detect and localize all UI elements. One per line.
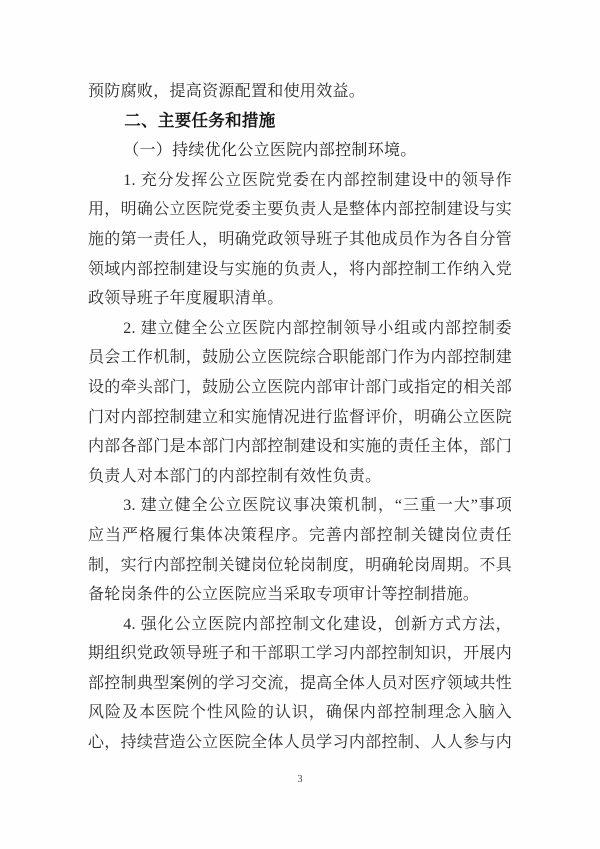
- text-line: 负责人对本部门的内部控制有效性负责。: [88, 462, 512, 492]
- text-line: 领域内部控制建设与实施的负责人，将内部控制工作纳入党: [88, 255, 512, 285]
- text-line: 备轮岗条件的公立医院应当采取专项审计等控制措施。: [88, 580, 512, 610]
- text-line: 风险及本医院个性风险的认识，确保内部控制理念入脑入: [88, 698, 512, 728]
- text-line: 员会工作机制，鼓励公立医院综合职能部门作为内部控制建: [88, 343, 512, 373]
- text-line: 部控制典型案例的学习交流，提高全体人员对医疗领域共性: [88, 669, 512, 699]
- text-line: 制，实行内部控制关键岗位轮岗制度，明确轮岗周期。不具: [88, 551, 512, 581]
- text-line: 政领导班子年度履职清单。: [88, 284, 512, 314]
- text-line: 用，明确公立医院党委主要负责人是整体内部控制建设与实: [88, 195, 512, 225]
- text-line: 门对内部控制建立和实施情况进行监督评价，明确公立医院: [88, 403, 512, 433]
- document-page: 预防腐败，提高资源配置和使用效益。二、主要任务和措施（一）持续优化公立医院内部控…: [0, 0, 600, 849]
- text-line: 应当严格履行集体决策程序。完善内部控制关键岗位责任: [88, 521, 512, 551]
- text-line: 4. 强化公立医院内部控制文化建设，创新方式方法，定: [88, 610, 512, 640]
- text-line: 1. 充分发挥公立医院党委在内部控制建设中的领导作: [88, 166, 512, 196]
- text-line: 3. 建立健全公立医院议事决策机制，“三重一大”事项: [88, 491, 512, 521]
- text-line: 期组织党政领导班子和干部职工学习内部控制知识，开展内: [88, 639, 512, 669]
- text-line: 预防腐败，提高资源配置和使用效益。: [88, 77, 512, 107]
- section-heading: 二、主要任务和措施: [88, 107, 512, 137]
- text-line: 2. 建立健全公立医院内部控制领导小组或内部控制委: [88, 314, 512, 344]
- text-line: 心，持续营造公立医院全体人员学习内部控制、人人参与内: [88, 728, 512, 758]
- page-number: 3: [0, 774, 600, 785]
- text-line: 施的第一责任人，明确党政领导班子其他成员作为各自分管: [88, 225, 512, 255]
- text-line: 设的牵头部门，鼓励公立医院内部审计部门或指定的相关部: [88, 373, 512, 403]
- page-content: 预防腐败，提高资源配置和使用效益。二、主要任务和措施（一）持续优化公立医院内部控…: [88, 77, 512, 758]
- subsection-heading: （一）持续优化公立医院内部控制环境。: [88, 136, 512, 166]
- text-line: 内部各部门是本部门内部控制建设和实施的责任主体，部门: [88, 432, 512, 462]
